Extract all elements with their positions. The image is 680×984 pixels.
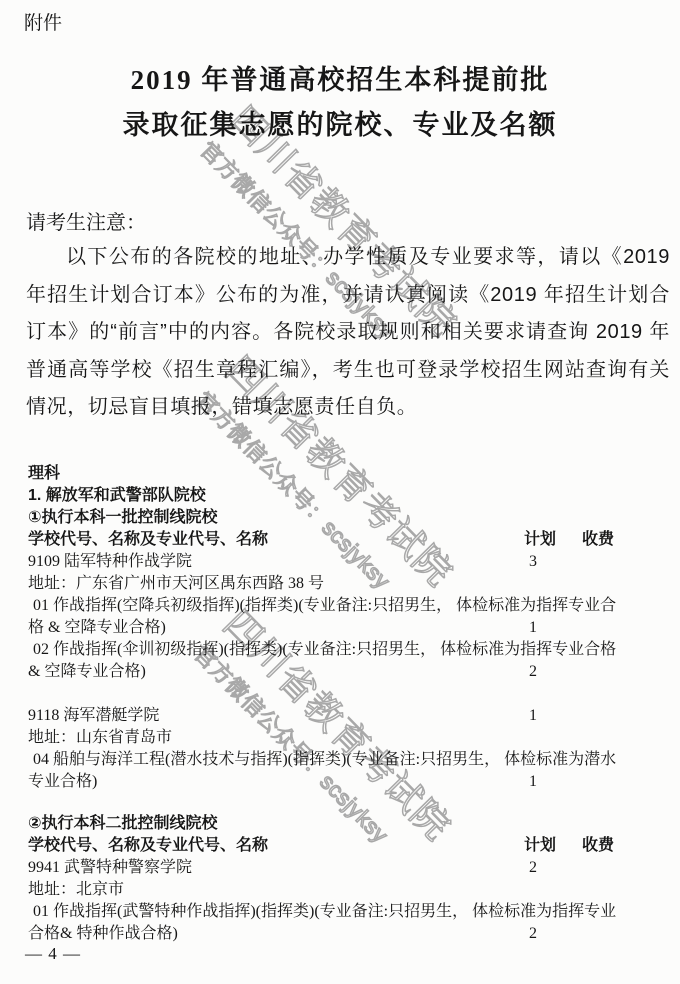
column-plan-header: 计划 [524, 835, 556, 857]
school-block: 9941 武警特种警察学院 2 地址：北京市 01 作战指挥(武警特种作战指挥)… [28, 857, 664, 945]
major-text: 04 船舶与海洋工程(潜水技术与指挥)(指挥类)(专业备注:只招男生， 体检标准… [28, 751, 616, 790]
attachment-label: 附件 [24, 8, 62, 35]
school-address: 地址：广东省广州市天河区禺东西路 38 号 [28, 573, 664, 595]
category-label: 1. 解放军和武警部队院校 [28, 485, 664, 507]
group-heading: ①执行本科一批控制线院校 [28, 507, 664, 529]
school-address: 地址：山东省青岛市 [28, 727, 664, 749]
school-row: 9109 陆军特种作战学院 3 [28, 551, 664, 573]
column-school-header: 学校代号、名称及专业代号、名称 [28, 837, 268, 854]
notice-heading: 请考生注意： [26, 206, 146, 235]
column-fee-header: 收费 [582, 835, 614, 857]
school-plan-value: 1 [529, 705, 537, 727]
document-page: 四川省教育考试院 官方微信公众号：scsjyksy 四川省教育考试院 官方微信公… [0, 0, 680, 984]
table-header-row: 学校代号、名称及专业代号、名称 计划 收费 [28, 529, 664, 551]
major-row: 01 作战指挥(武警特种作战指挥)(指挥类)(专业备注:只招男生， 体检标准为指… [28, 901, 664, 945]
school-block: 9109 陆军特种作战学院 3 地址：广东省广州市天河区禺东西路 38 号 01… [28, 551, 664, 683]
group-batch-1: ①执行本科一批控制线院校 学校代号、名称及专业代号、名称 计划 收费 9109 … [28, 507, 664, 793]
column-fee-header: 收费 [582, 529, 614, 551]
notice-paragraph: 以下公布的各院校的地址、办学性质及专业要求等，请以《2019 年招生计划合订本》… [26, 239, 670, 427]
school-address: 地址：北京市 [28, 879, 664, 901]
document-title-line-2: 录取征集志愿的院校、专业及名额 [0, 103, 680, 148]
major-row: 04 船舶与海洋工程(潜水技术与指挥)(指挥类)(专业备注:只招男生， 体检标准… [28, 749, 664, 793]
major-plan-value: 1 [529, 771, 537, 793]
table-header-row: 学校代号、名称及专业代号、名称 计划 收费 [28, 835, 664, 857]
school-row: 9941 武警特种警察学院 2 [28, 857, 664, 879]
major-text: 01 作战指挥(空降兵初级指挥)(指挥类)(专业备注:只招男生， 体检标准为指挥… [28, 597, 616, 636]
school-code-name: 9941 武警特种警察学院 [28, 859, 192, 876]
document-title-line-1: 2019 年普通高校招生本科提前批 [0, 58, 680, 103]
school-code-name: 9118 海军潜艇学院 [28, 707, 159, 724]
group-heading: ②执行本科二批控制线院校 [28, 813, 664, 835]
major-plan-value: 2 [529, 923, 537, 945]
major-text: 02 作战指挥(伞训初级指挥)(指挥类)(专业备注:只招男生， 体检标准为指挥专… [28, 641, 616, 680]
school-plan-value: 3 [529, 551, 537, 573]
school-plan-value: 2 [529, 857, 537, 879]
document-title: 2019 年普通高校招生本科提前批 录取征集志愿的院校、专业及名额 [0, 58, 680, 148]
school-row: 9118 海军潜艇学院 1 [28, 705, 664, 727]
major-plan-value: 2 [529, 661, 537, 683]
column-plan-header: 计划 [524, 529, 556, 551]
admission-listing: 理科 1. 解放军和武警部队院校 ①执行本科一批控制线院校 学校代号、名称及专业… [28, 463, 664, 945]
school-block: 9118 海军潜艇学院 1 地址：山东省青岛市 04 船舶与海洋工程(潜水技术与… [28, 705, 664, 793]
major-text: 01 作战指挥(武警特种作战指挥)(指挥类)(专业备注:只招男生， 体检标准为指… [28, 903, 616, 942]
page-number: — 4 — [25, 944, 81, 964]
major-plan-value: 1 [529, 617, 537, 639]
major-row: 02 作战指挥(伞训初级指挥)(指挥类)(专业备注:只招男生， 体检标准为指挥专… [28, 639, 664, 683]
column-school-header: 学校代号、名称及专业代号、名称 [28, 531, 268, 548]
subject-label: 理科 [28, 463, 664, 485]
group-batch-2: ②执行本科二批控制线院校 学校代号、名称及专业代号、名称 计划 收费 9941 … [28, 813, 664, 945]
school-code-name: 9109 陆军特种作战学院 [28, 553, 192, 570]
major-row: 01 作战指挥(空降兵初级指挥)(指挥类)(专业备注:只招男生， 体检标准为指挥… [28, 595, 664, 639]
